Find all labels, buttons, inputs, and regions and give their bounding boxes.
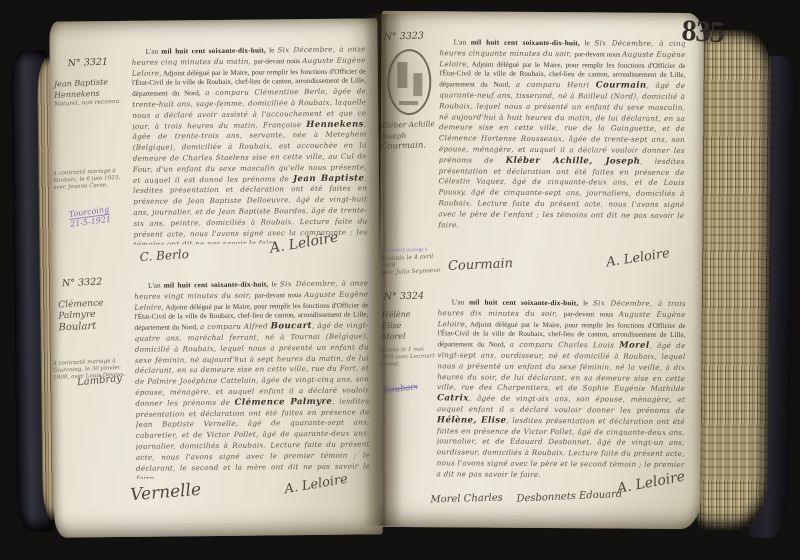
margin-names: Hélène Elise Morel	[381, 309, 410, 342]
margin-name-line: Hélène	[382, 309, 411, 321]
margin-name-line: Boulart	[58, 320, 104, 333]
entry-number: N° 3321	[68, 56, 109, 69]
purple-stamp: Roubaix	[383, 383, 419, 396]
margin-name-line: Elise	[381, 320, 410, 332]
act-text: L'an mil huit cent soixante-dix-huit, le…	[132, 44, 368, 244]
act-text: L'an mil huit cent soixante-dix-huit, le…	[438, 37, 685, 245]
folio-number: 835	[681, 14, 725, 50]
entry-number: N° 3322	[62, 276, 103, 289]
signature: C. Berlo	[139, 247, 189, 264]
margin-status: Naturel, non reconnu	[54, 98, 120, 108]
stamp-figure	[397, 62, 407, 88]
marriage-annotation: Mariée le 1 mai 1898 avec Lecroart Ernes…	[379, 346, 438, 369]
entry-number: N° 3324	[384, 290, 425, 302]
signature: Morel Charles	[430, 492, 503, 505]
signature: Courmain	[448, 256, 514, 274]
margin-names: Clémence Palmyre Boulart	[58, 299, 103, 332]
marriage-annotation: A contracté mariage à Roubaix le 4 avril…	[380, 247, 442, 276]
right-page: 835 N° 3323 Kléber Achille Joseph Courma…	[378, 11, 704, 529]
fore-edge-pages	[696, 30, 772, 531]
officer-signature: A. Leloire	[605, 246, 671, 270]
register-photo: N° 3321 Jean Baptiste Hennekens Naturel,…	[0, 0, 800, 560]
act-text: L'an mil huit cent soixante-dix-huit, le…	[437, 297, 686, 485]
signature: Desbonnets Edouard	[516, 489, 622, 505]
entry-number: N° 3323	[383, 30, 424, 42]
stamp-figure	[413, 73, 422, 96]
oval-stamp-icon	[387, 49, 431, 115]
left-page: N° 3321 Jean Baptiste Hennekens Naturel,…	[49, 18, 382, 537]
signature: Vernelle	[130, 480, 202, 506]
act-text: L'an mil huit cent soixante-dix-huit, le…	[134, 278, 370, 478]
marriage-annotation: A contracté mariage à Roubaix, le 6 juin…	[53, 168, 128, 192]
margin-name-line: Courmain.	[381, 140, 435, 152]
margin-names: Kléber Achille Joseph Courmain.	[381, 119, 435, 152]
annotation-line: avec Julia Seynaeve	[380, 267, 442, 277]
stamp-figure	[399, 101, 418, 105]
margin-names: Jean Baptiste Hennekens Naturel, non rec…	[54, 77, 120, 107]
margin-name-line: Morel	[381, 331, 410, 343]
purple-date-stamp: Tourcoing 21-5-1921	[68, 205, 111, 229]
